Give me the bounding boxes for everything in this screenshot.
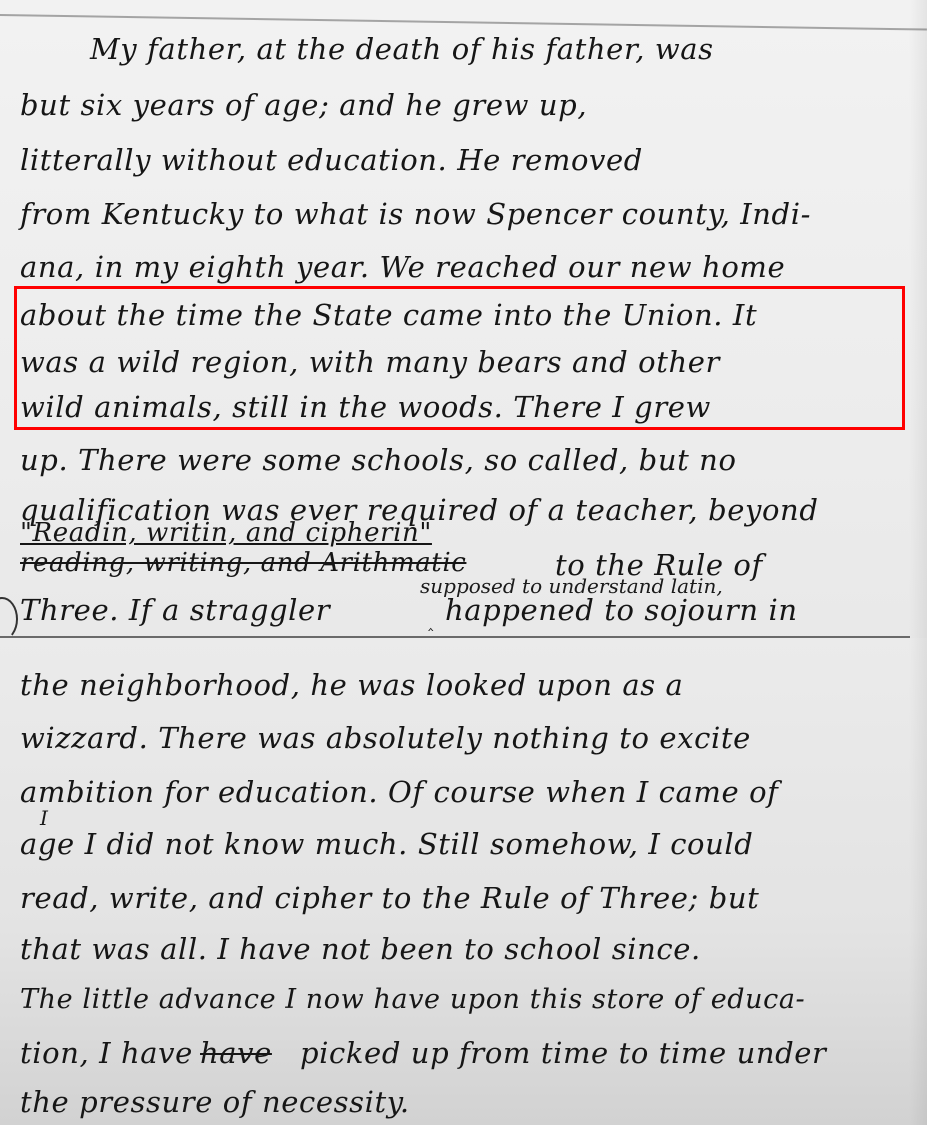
manuscript-line-7: was a wild region, with many bears and o… xyxy=(20,345,720,379)
sheet-join-line xyxy=(0,636,910,638)
manuscript-line-14: the neighborhood, he was looked upon as … xyxy=(20,668,683,702)
manuscript-line-19: that was all. I have not been to school … xyxy=(20,932,701,966)
manuscript-line-11-quote: "Readin, writin, and cipherin" xyxy=(20,518,432,548)
manuscript-line-16: ambition for education. Of course when I… xyxy=(20,775,779,809)
manuscript-line-2: but six years of age; and he grew up, xyxy=(20,88,587,122)
manuscript-line-13-continued: happened to sojourn in xyxy=(445,593,798,627)
manuscript-line-21: tion, I have xyxy=(20,1036,193,1070)
manuscript-line-18: read, write, and cipher to the Rule of T… xyxy=(20,881,759,915)
manuscript-line-17: age I did not know much. Still somehow, … xyxy=(20,827,753,861)
manuscript-line-21-continued: picked up from time to time under xyxy=(300,1036,827,1070)
binder-hole-mark xyxy=(0,597,18,641)
manuscript-line-12-struck: reading, writing, and Arithmatic xyxy=(20,548,466,578)
manuscript-line-13: Three. If a straggler xyxy=(20,593,330,627)
manuscript-line-4: from Kentucky to what is now Spencer cou… xyxy=(20,197,811,231)
manuscript-line-8: wild animals, still in the woods. There … xyxy=(20,390,711,424)
manuscript-line-6: about the time the State came into the U… xyxy=(20,298,757,332)
manuscript-line-1: My father, at the death of his father, w… xyxy=(90,32,714,66)
manuscript-line-20: The little advance I now have upon this … xyxy=(20,984,805,1015)
manuscript-line-22: the pressure of necessity. xyxy=(20,1085,410,1119)
manuscript-line-9: up. There were some schools, so called, … xyxy=(20,443,737,477)
manuscript-page: My father, at the death of his father, w… xyxy=(0,0,927,1125)
manuscript-line-21-struck-word: have xyxy=(200,1036,272,1070)
manuscript-line-15: wizzard. There was absolutely nothing to… xyxy=(20,721,751,755)
manuscript-line-5: ana, in my eighth year. We reached our n… xyxy=(20,250,785,284)
manuscript-line-3: litterally without education. He removed xyxy=(20,143,643,177)
top-page-edge xyxy=(0,14,927,31)
page-right-edge-shadow xyxy=(909,0,927,1125)
insertion-caret-mark: ‸ xyxy=(428,612,433,631)
